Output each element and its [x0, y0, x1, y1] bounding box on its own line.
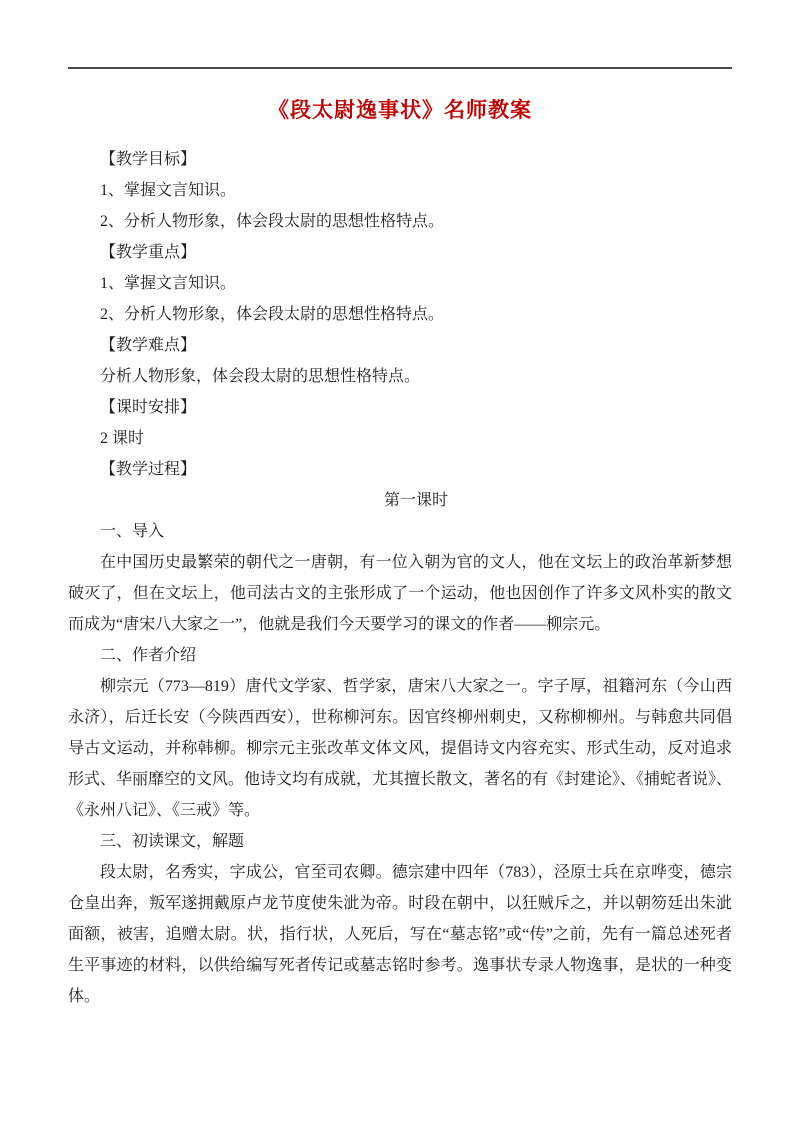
doc-center: 第一课时: [68, 485, 732, 516]
doc-item: 三、初读课文，解题: [68, 826, 732, 857]
doc-item: 分析人物形象，体会段太尉的思想性格特点。: [68, 361, 732, 392]
doc-item: 一、导入: [68, 516, 732, 547]
doc-para: 段太尉，名秀实，字成公，官至司农卿。德宗建中四年（783），泾原士兵在京哗变，德…: [68, 857, 732, 1012]
doc-item: 1、掌握文言知识。: [68, 175, 732, 206]
header-rule: [68, 67, 732, 69]
doc-para: 在中国历史最繁荣的朝代之一唐朝，有一位入朝为官的文人，他在文坛上的政治革新梦想破…: [68, 547, 732, 640]
doc-title: 《段太尉逸事状》名师教案: [68, 95, 732, 125]
doc-heading: 【教学重点】: [68, 237, 732, 268]
doc-item: 二、作者介绍: [68, 640, 732, 671]
doc-item: 2 课时: [68, 423, 732, 454]
doc-item: 1、掌握文言知识。: [68, 268, 732, 299]
document-body: 【教学目标】1、掌握文言知识。2、分析人物形象，体会段太尉的思想性格特点。【教学…: [68, 144, 732, 1012]
doc-heading: 【教学目标】: [68, 144, 732, 175]
doc-heading: 【教学过程】: [68, 454, 732, 485]
doc-heading: 【教学难点】: [68, 330, 732, 361]
doc-item: 2、分析人物形象，体会段太尉的思想性格特点。: [68, 206, 732, 237]
doc-para: 柳宗元（773—819）唐代文学家、哲学家，唐宋八大家之一。字子厚，祖籍河东（今…: [68, 671, 732, 826]
doc-heading: 【课时安排】: [68, 392, 732, 423]
document-page: 《段太尉逸事状》名师教案 【教学目标】1、掌握文言知识。2、分析人物形象，体会段…: [0, 0, 800, 1132]
doc-item: 2、分析人物形象，体会段太尉的思想性格特点。: [68, 299, 732, 330]
